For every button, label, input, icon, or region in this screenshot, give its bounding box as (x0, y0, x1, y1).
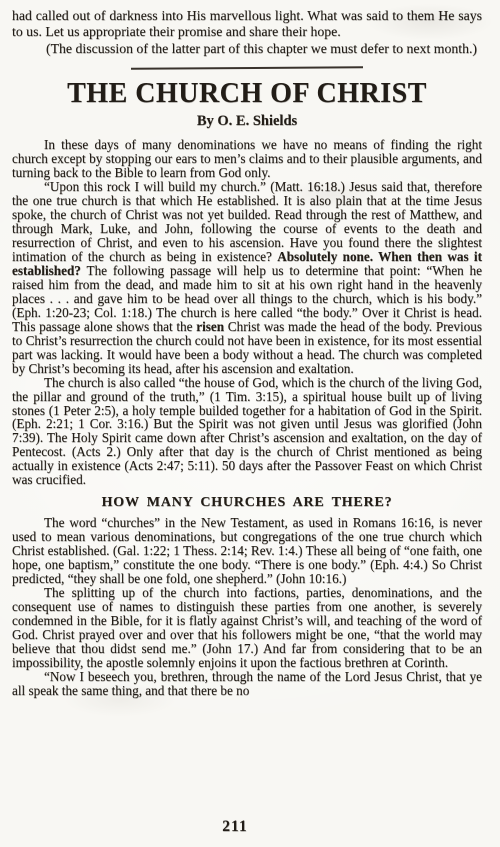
text-run: “Now I beseech you, brethren, through th… (12, 669, 482, 698)
text-run: In these days of many denominations we h… (12, 137, 482, 180)
text-run: had called out of darkness into His marv… (12, 8, 482, 39)
paragraph: “Now I beseech you, brethren, through th… (12, 670, 482, 698)
article-body: In these days of many denominations we h… (12, 138, 482, 698)
text-run: The word “churches” in the New Testament… (12, 515, 482, 586)
article-byline: By O. E. Shields (12, 113, 482, 130)
paragraph: (The discussion of the latter part of th… (12, 41, 482, 57)
text-run: (The discussion of the latter part of th… (46, 41, 477, 56)
text-run: The church is also called “the house of … (12, 375, 482, 488)
paragraph: “Upon this rock I will build my church.”… (12, 180, 482, 376)
page-number: 211 (0, 818, 470, 836)
article-title: THE CHURCH OF CHRIST (12, 78, 482, 110)
paragraph: In these days of many denominations we h… (12, 138, 482, 180)
scanned-page: had called out of darkness into His marv… (0, 0, 500, 847)
paragraph: The church is also called “the house of … (12, 376, 482, 488)
paragraph: had called out of darkness into His marv… (12, 8, 482, 41)
text-run: The splitting up of the church into fact… (12, 585, 482, 670)
section-divider (131, 66, 363, 70)
prelude-section: had called out of darkness into His marv… (12, 8, 482, 57)
emphasized-text: risen (196, 319, 224, 334)
paragraph: The word “churches” in the New Testament… (12, 516, 482, 586)
section-heading: HOW MANY CHURCHES ARE THERE? (12, 495, 482, 511)
paragraph: The splitting up of the church into fact… (12, 586, 482, 670)
